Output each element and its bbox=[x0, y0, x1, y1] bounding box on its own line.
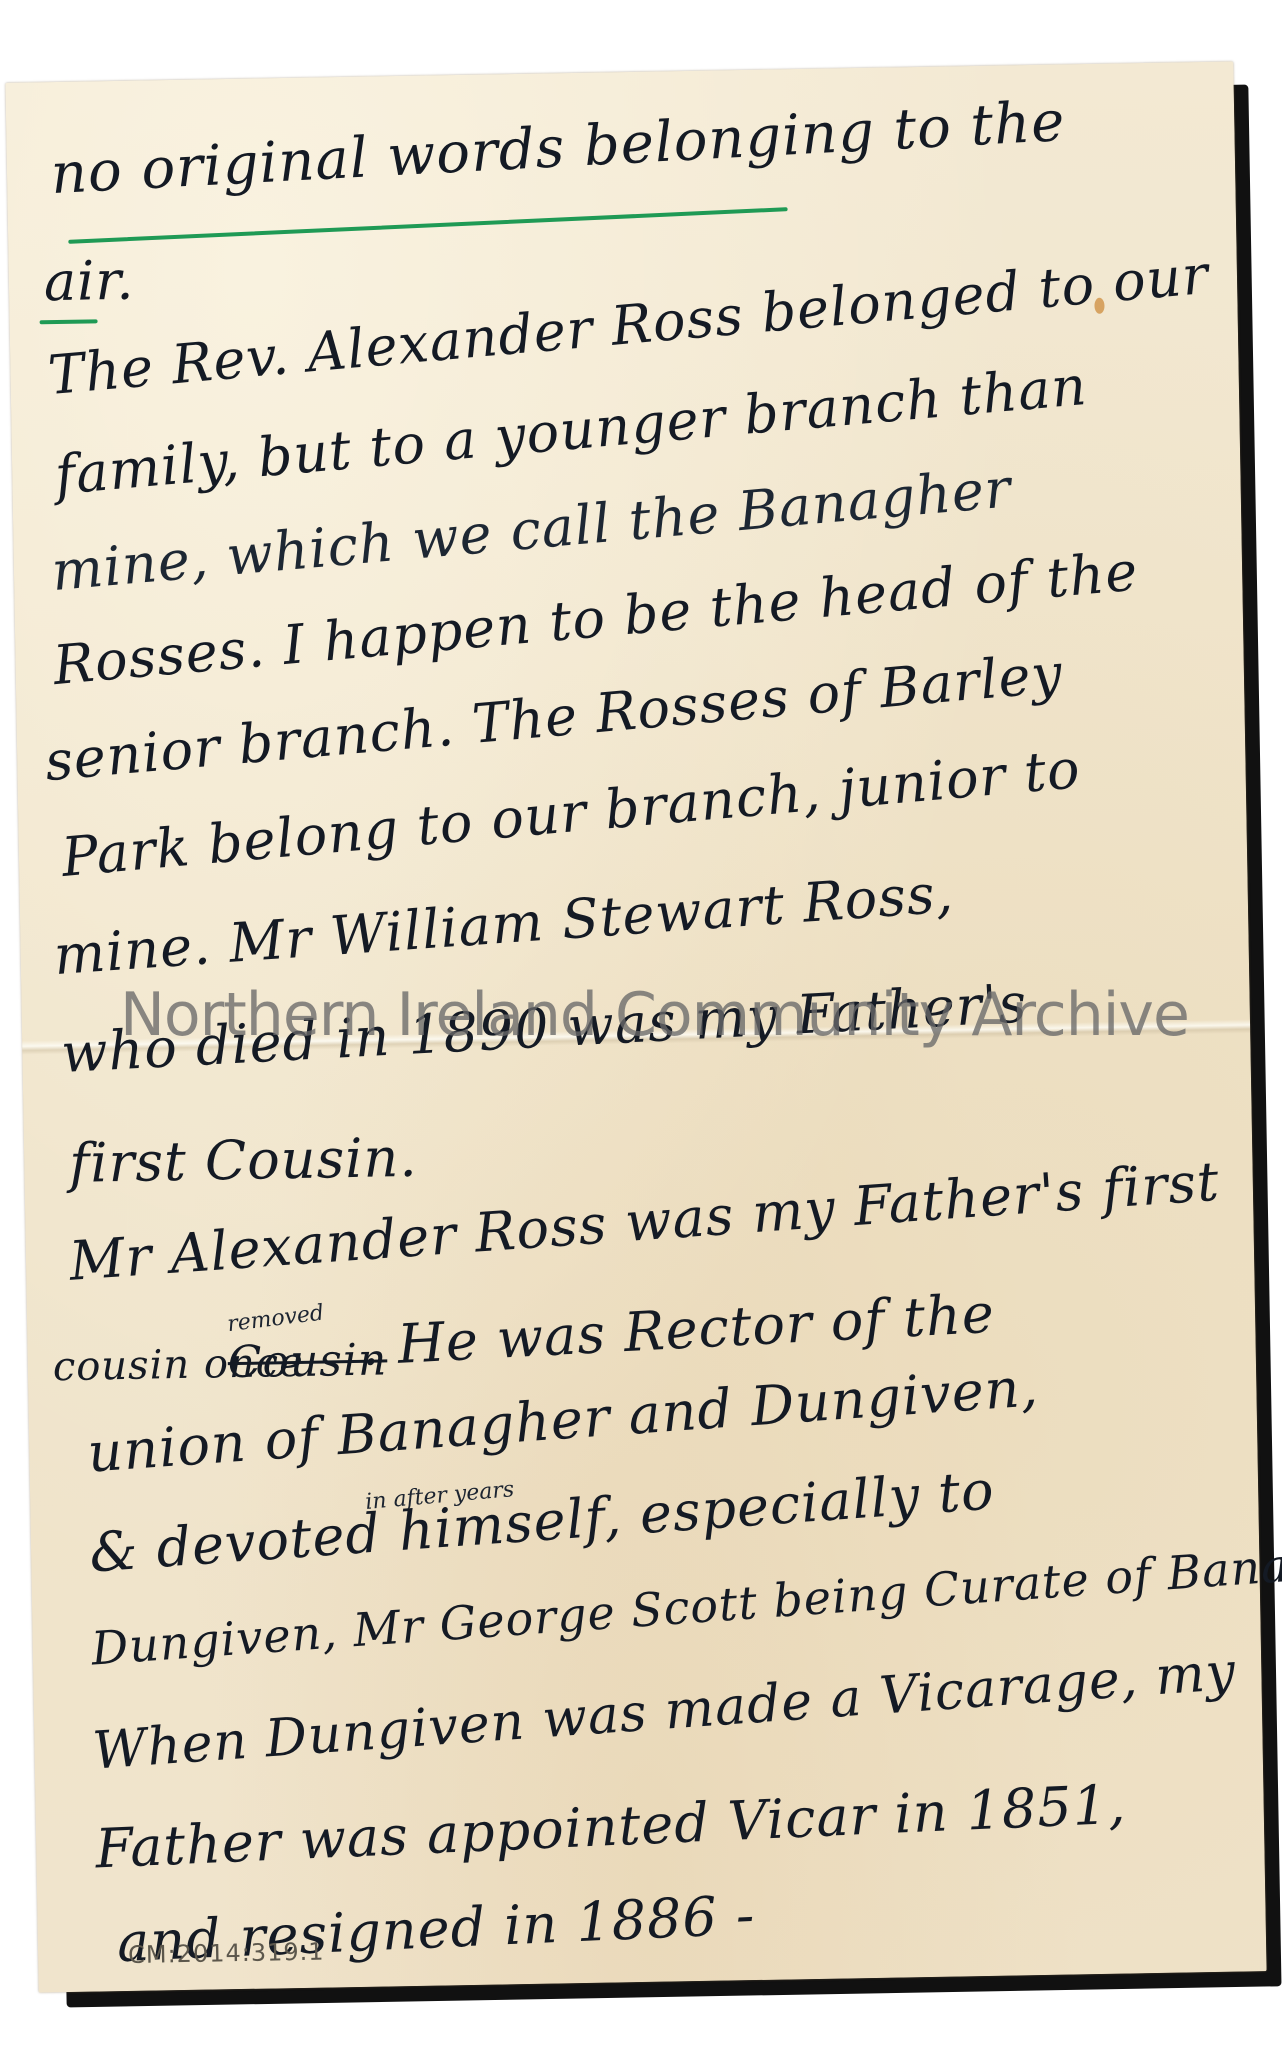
green-underline bbox=[68, 207, 787, 244]
letter-page: no original words belonging to the air. … bbox=[5, 61, 1266, 1992]
letter-line-18: Father was appointed Vicar in 1851, bbox=[94, 1773, 1127, 1881]
letter-line-13-rector: . He was Rector of the bbox=[360, 1282, 996, 1378]
letter-line-1: no original words belonging to the bbox=[49, 89, 1067, 207]
letter-line-9: mine. Mr William Stewart Ross, bbox=[52, 861, 956, 987]
inserted-word-removed: removed bbox=[226, 1301, 326, 1338]
letter-line-15: & devoted himself, especially to bbox=[87, 1458, 996, 1584]
letter-line-10: who died in 1890 was my Father's bbox=[60, 971, 1029, 1085]
letter-line-11: first Cousin. bbox=[69, 1126, 418, 1195]
catalog-number: CM:2014:319.1 bbox=[128, 1938, 325, 1969]
letter-line-2: air. bbox=[43, 249, 135, 314]
green-underline-short bbox=[40, 319, 98, 324]
